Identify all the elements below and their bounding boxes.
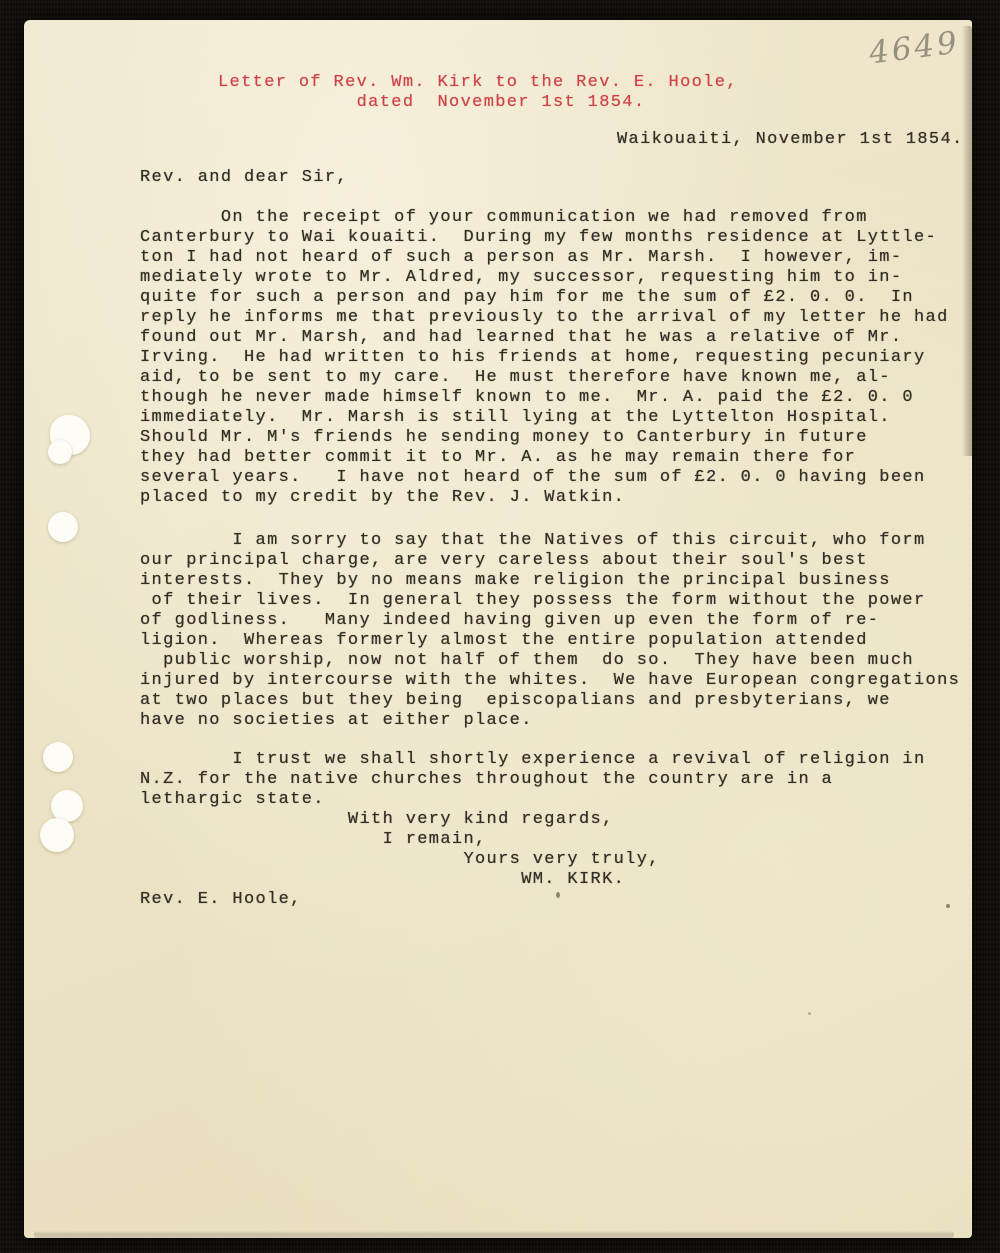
addressee: Rev. E. Hoole, — [140, 890, 302, 910]
letter-title: Letter of Rev. Wm. Kirk to the Rev. E. H… — [218, 73, 738, 113]
archive-number-handwritten: 4649 — [867, 25, 962, 72]
salutation: Rev. and dear Sir, — [140, 168, 348, 188]
ink-speck — [556, 892, 560, 898]
paragraph-3: I trust we shall shortly experience a re… — [140, 750, 926, 810]
page-edge-shadow-bottom — [34, 1231, 954, 1238]
ink-speck — [808, 1012, 811, 1015]
dateline: Waikouaiti, November 1st 1854. — [617, 130, 964, 150]
letter-page: 4649 Letter of Rev. Wm. Kirk to the Rev.… — [24, 20, 972, 1238]
punch-hole — [40, 818, 74, 852]
punch-hole — [48, 440, 72, 464]
ink-speck — [946, 904, 950, 908]
page-edge-shadow-right — [962, 26, 972, 456]
paragraph-2: I am sorry to say that the Natives of th… — [140, 531, 960, 731]
punch-hole — [43, 742, 73, 772]
closing-and-signature: With very kind regards, I remain, Yours … — [140, 810, 660, 890]
punch-hole — [48, 512, 78, 542]
paragraph-1: On the receipt of your communication we … — [140, 208, 949, 508]
